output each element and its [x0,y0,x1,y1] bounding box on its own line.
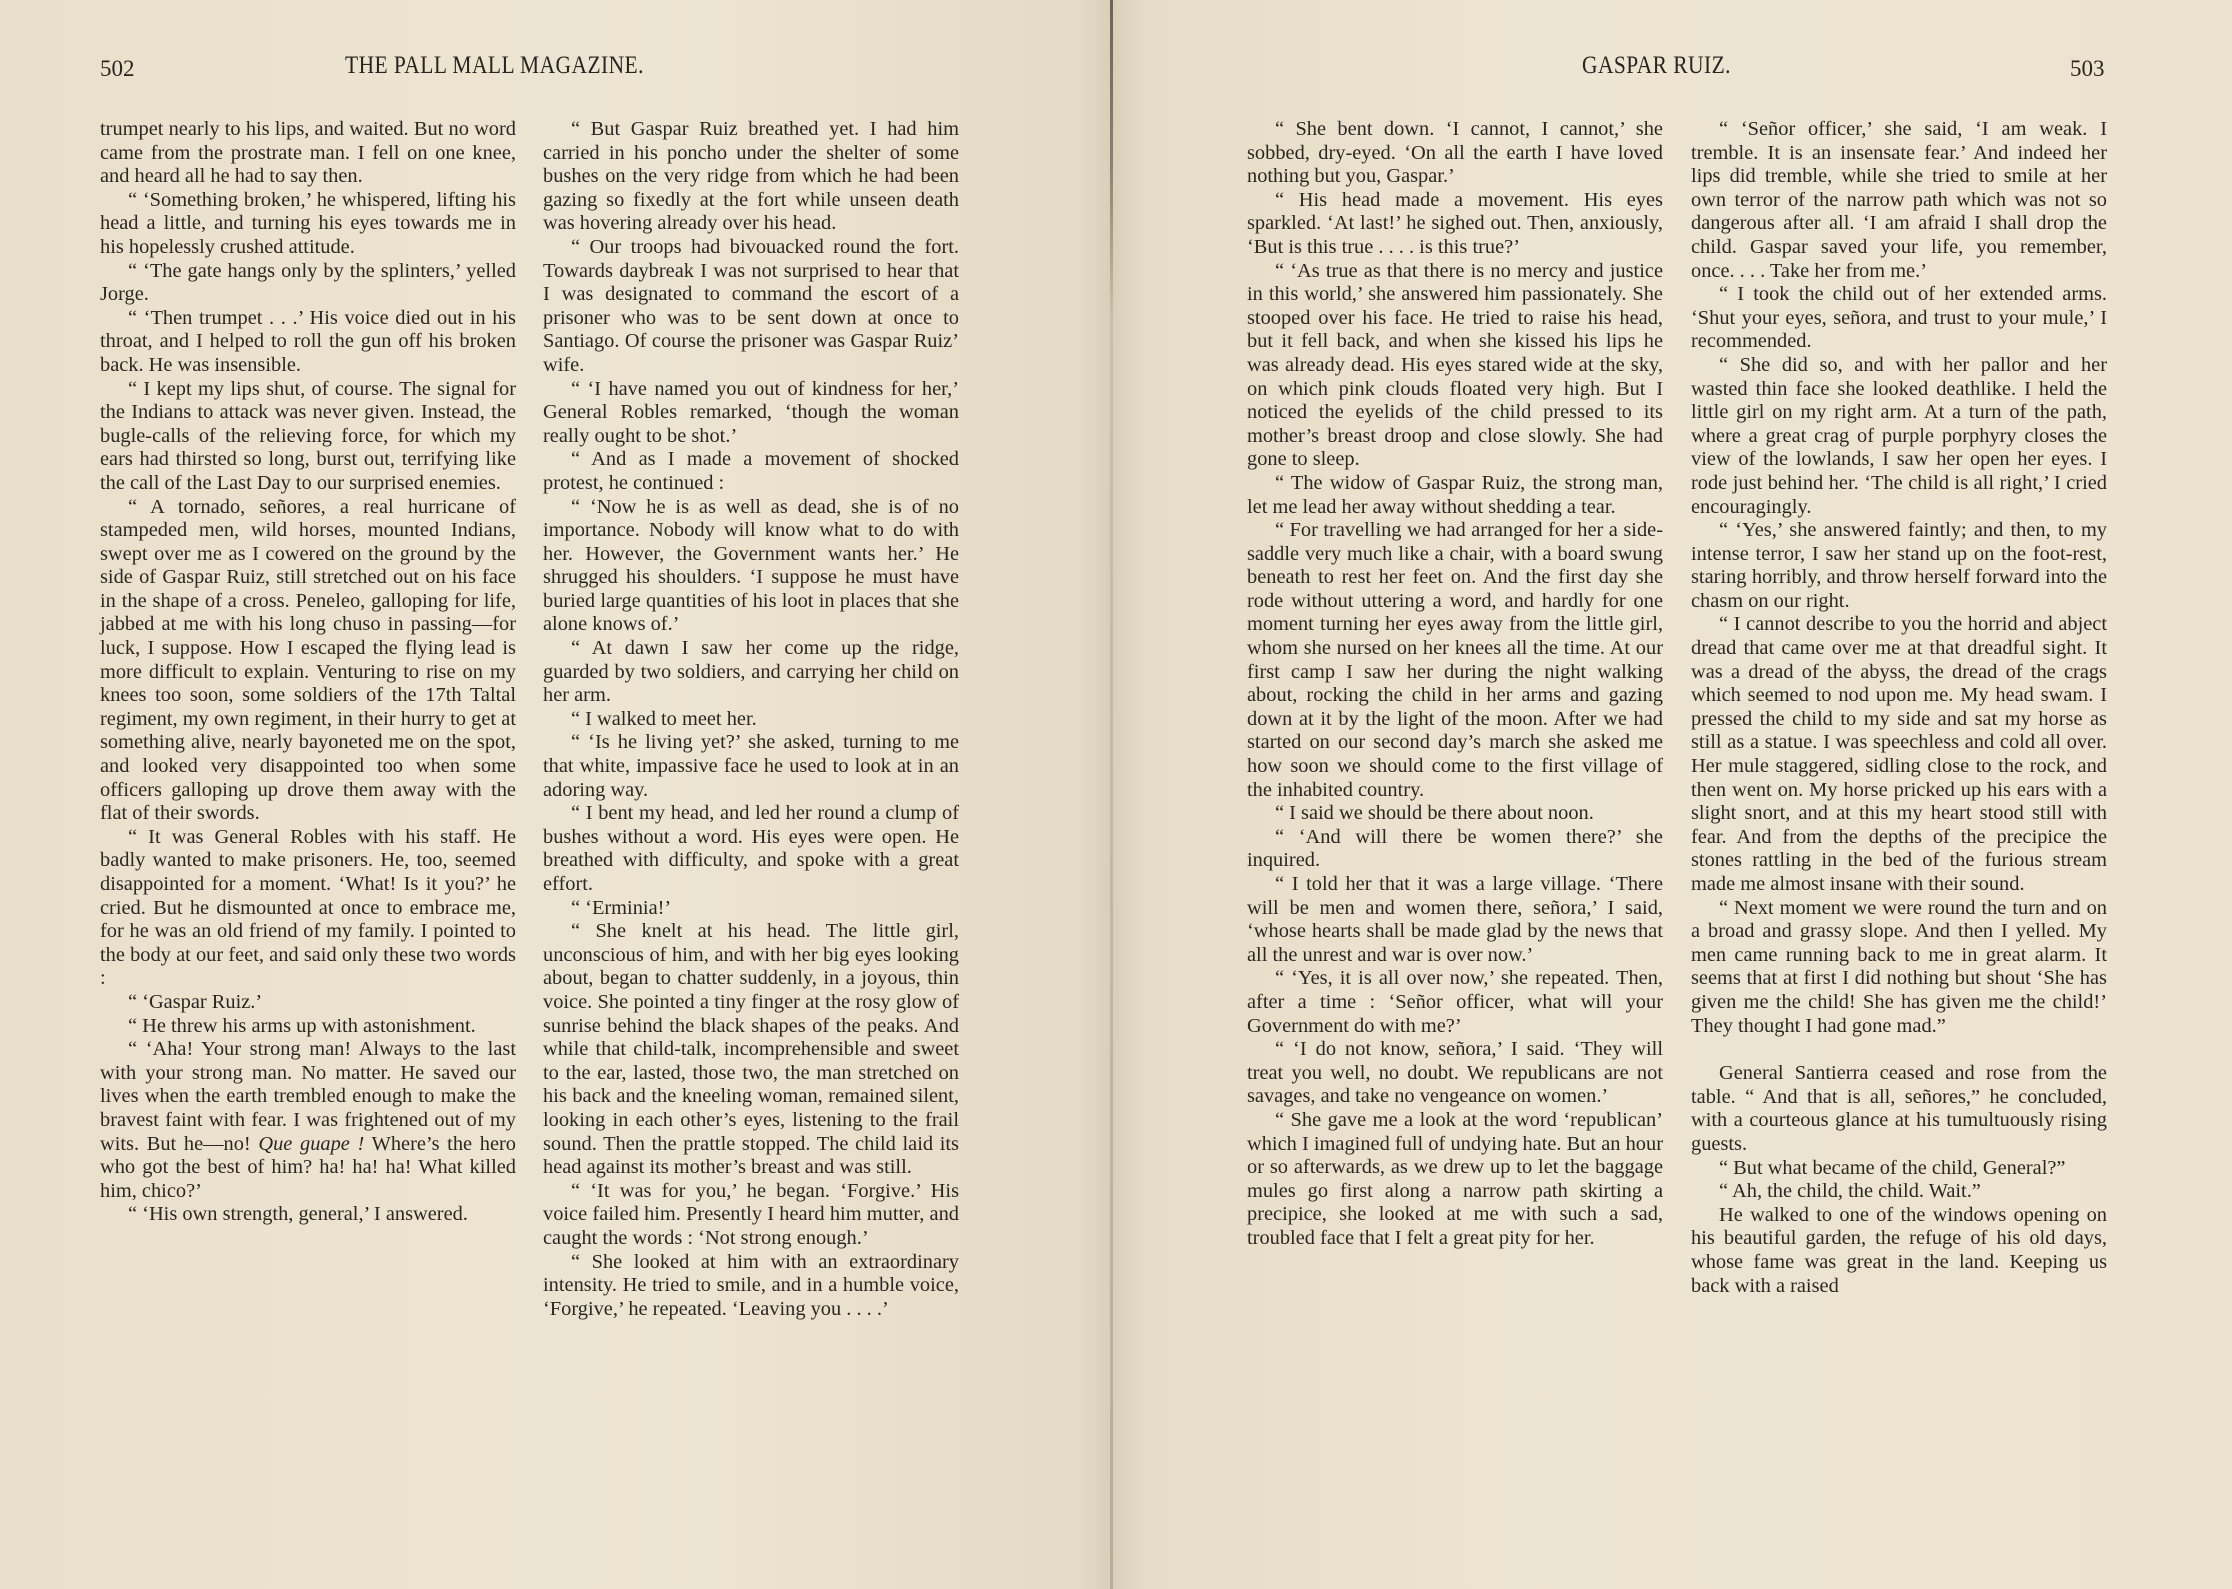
paragraph: “ ‘Is he living yet?’ she asked, turning… [543,731,959,802]
paragraph: “ For travelling we had arranged for her… [1247,519,1663,802]
left-page: 502 THE PALL MALL MAGAZINE. trumpet near… [0,0,1112,1589]
paragraph: “ ‘Erminia!’ [543,897,959,921]
paragraph: “ ‘And will there be women there?’ she i… [1247,826,1663,873]
text-column-1: trumpet nearly to his lips, and waited. … [100,118,516,1227]
page-number: 503 [2070,56,2105,82]
paragraph: “ But what became of the child, General?… [1691,1157,2107,1181]
paragraph: “ But Gaspar Ruiz breathed yet. I had hi… [543,118,959,236]
page-number: 502 [100,56,135,82]
paragraph: He walked to one of the windows opening … [1691,1204,2107,1298]
paragraph: “ ‘Something broken,’ he whispered, lift… [100,189,516,260]
paragraph: “ A tornado, señores, a real hurricane o… [100,496,516,826]
text-column-3: “ She bent down. ‘I cannot, I cannot,’ s… [1247,118,1663,1251]
paragraph: “ ‘Señor officer,’ she said, ‘I am weak.… [1691,118,2107,283]
running-head-story-title: GASPAR RUIZ. [1582,52,1731,88]
paragraph: “ ‘His own strength, general,’ I answere… [100,1203,516,1227]
paragraph: trumpet nearly to his lips, and waited. … [100,118,516,189]
paragraph: “ She looked at him with an extraordinar… [543,1251,959,1322]
paragraph: “ Next moment we were round the turn and… [1691,897,2107,1039]
paragraph: “ ‘Now he is as well as dead, she is of … [543,496,959,638]
paragraph: “ She knelt at his head. The little girl… [543,920,959,1180]
paragraph: “ I walked to meet her. [543,708,959,732]
running-head-magazine-title: THE PALL MALL MAGAZINE. [345,52,644,88]
paragraph: “ I told her that it was a large village… [1247,873,1663,967]
paragraph: “ Our troops had bivouacked round the fo… [543,236,959,378]
right-page: GASPAR RUIZ. 503 “ She bent down. ‘I can… [1112,0,2232,1589]
paragraph: “ I kept my lips shut, of course. The si… [100,378,516,496]
paragraph: “ She did so, and with her pallor and he… [1691,354,2107,519]
paragraph: “ At dawn I saw her come up the ridge, g… [543,637,959,708]
paragraph-with-italic: “ ‘Aha! Your strong man! Always to the l… [100,1038,516,1203]
text-column-4: “ ‘Señor officer,’ she said, ‘I am weak.… [1691,118,2107,1298]
paragraph: “ ‘The gate hangs only by the splinters,… [100,260,516,307]
paragraph: “ ‘I have named you out of kindness for … [543,378,959,449]
paragraph: “ He threw his arms up with astonishment… [100,1015,516,1039]
paragraph: “ I cannot describe to you the horrid an… [1691,613,2107,896]
text-column-2: “ But Gaspar Ruiz breathed yet. I had hi… [543,118,959,1321]
paragraph: “ ‘It was for you,’ he began. ‘Forgive.’… [543,1180,959,1251]
paragraph: “ ‘I do not know, señora,’ I said. ‘They… [1247,1038,1663,1109]
paragraph: “ I took the child out of her extended a… [1691,283,2107,354]
paragraph: “ The widow of Gaspar Ruiz, the strong m… [1247,472,1663,519]
italic-phrase: Que guape ! [258,1133,364,1155]
paragraph: “ ‘Then trumpet . . .’ His voice died ou… [100,307,516,378]
paragraph: “ ‘Yes,’ she answered faintly; and then,… [1691,519,2107,613]
paragraph: “ I bent my head, and led her round a cl… [543,802,959,896]
paragraph: “ And as I made a movement of shocked pr… [543,448,959,495]
paragraph: “ His head made a movement. His eyes spa… [1247,189,1663,260]
paragraph: “ It was General Robles with his staff. … [100,826,516,991]
paragraph: “ I said we should be there about noon. [1247,802,1663,826]
paragraph: “ She gave me a look at the word ‘republ… [1247,1109,1663,1251]
paragraph: “ ‘As true as that there is no mercy and… [1247,260,1663,472]
paragraph: “ She bent down. ‘I cannot, I cannot,’ s… [1247,118,1663,189]
narrator-paragraph: General Santierra ceased and rose from t… [1691,1062,2107,1156]
paragraph: “ ‘Yes, it is all over now,’ she repeate… [1247,967,1663,1038]
book-spine-gutter [1110,0,1113,1589]
paragraph: “ Ah, the child, the child. Wait.” [1691,1180,2107,1204]
paragraph: “ ‘Gaspar Ruiz.’ [100,991,516,1015]
